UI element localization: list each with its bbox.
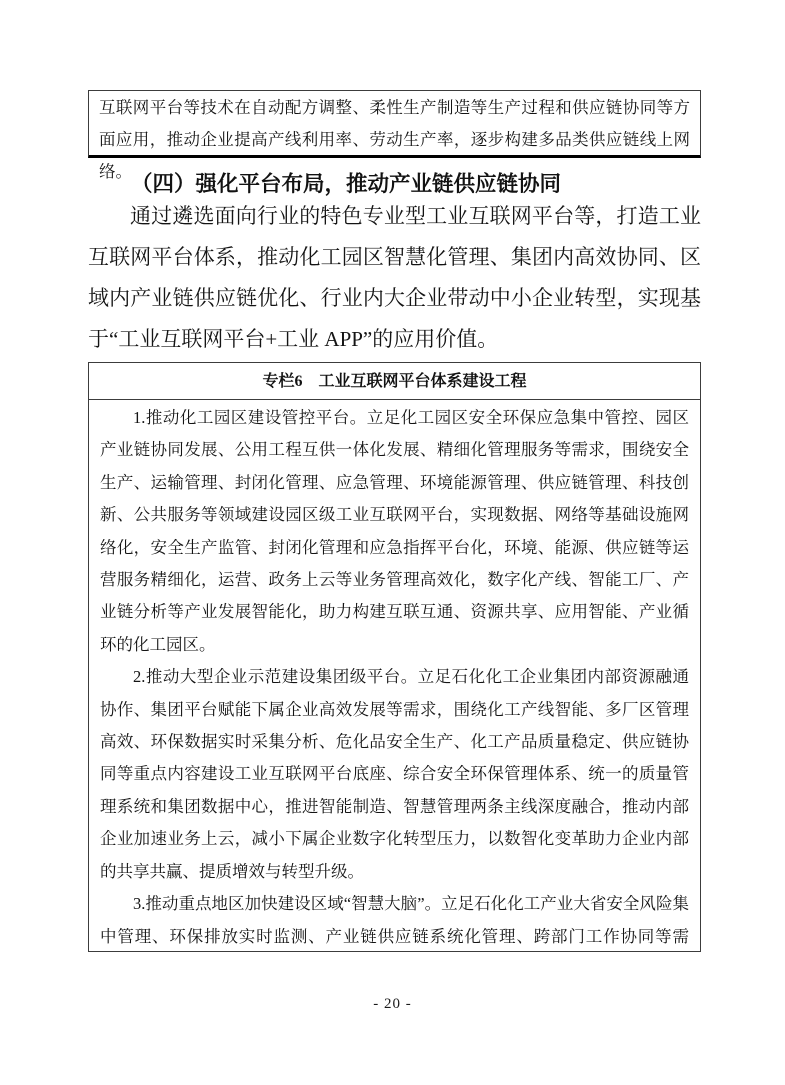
feature-column-paragraph-3: 3.推动重点地区加快建设区域“智慧大脑”。立足石化化工产业大省安全风险集中管理、…: [100, 888, 689, 952]
section-heading: （四）强化平台布局，推动产业链供应链协同: [88, 167, 701, 198]
feature-column-box: 专栏6 工业互联网平台体系建设工程 1.推动化工园区建设管控平台。立足化工园区安…: [88, 362, 701, 952]
feature-column-paragraph-1: 1.推动化工园区建设管控平台。立足化工园区安全环保应急集中管控、园区产业链协同发…: [100, 402, 689, 661]
carryover-text-box: 互联网平台等技术在自动配方调整、柔性生产制造等生产过程和供应链协同等方面应用，推…: [88, 90, 701, 158]
feature-column-body: 1.推动化工园区建设管控平台。立足化工园区安全环保应急集中管控、园区产业链协同发…: [89, 400, 700, 952]
feature-column-title: 专栏6 工业互联网平台体系建设工程: [89, 363, 700, 400]
page-number: - 20 -: [0, 996, 785, 1013]
section-paragraph: 通过遴选面向行业的特色专业型工业互联网平台等，打造工业互联网平台体系，推动化工园…: [88, 196, 701, 360]
feature-column-paragraph-2: 2.推动大型企业示范建设集团级平台。立足石化化工企业集团内部资源融通协作、集团平…: [100, 661, 689, 888]
document-page: 互联网平台等技术在自动配方调整、柔性生产制造等生产过程和供应链协同等方面应用，推…: [0, 0, 785, 1085]
